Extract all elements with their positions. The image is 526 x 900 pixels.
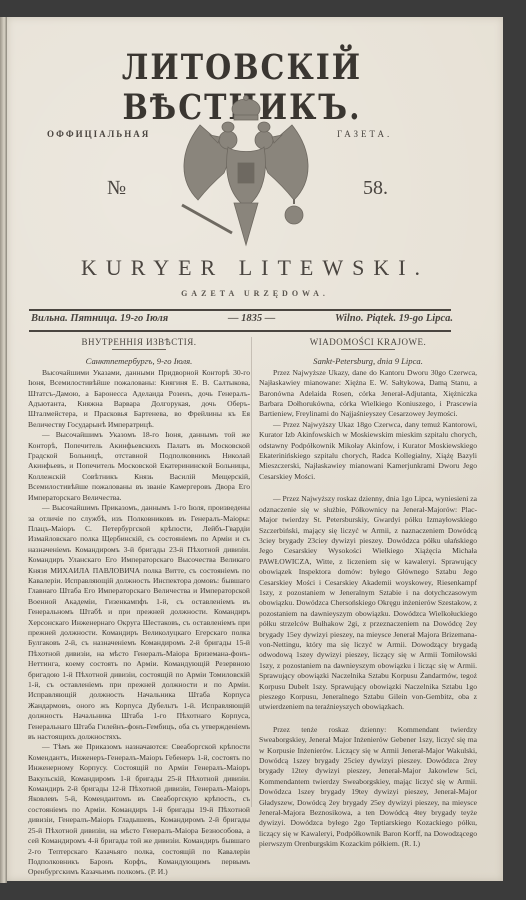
heading-rule (112, 349, 166, 350)
section-heading-russian: ВНУТРЕННІЯ ИЗВѢСТІЯ. (28, 337, 250, 347)
issue-number-label: № (107, 177, 126, 200)
masthead-rule-top (29, 309, 451, 311)
column-polish: WIADOMOŚCI KRAJOWE. Sankt-Petersburg, dn… (259, 337, 477, 850)
issue-dateline: Вильна. Пятница. 19-го Іюля — 1835 — Wil… (31, 313, 453, 324)
article-paragraph: — Тѣмъ же Приказомъ назначаются: Свеабор… (28, 742, 250, 877)
newspaper-page: ЛИТОВСКІЙ ВѢСТНИКЪ. ОФФИЦІАЛЬНАЯ ГАЗЕТА.… (7, 17, 503, 881)
masthead-subtitle-russian-right: ГАЗЕТА. (337, 129, 392, 139)
article-paragraph: Высочайшими Указами, данными Придворной … (28, 368, 250, 430)
column-russian: ВНУТРЕННІЯ ИЗВѢСТІЯ. Санктпетербургъ, 9-… (28, 337, 250, 878)
issue-number-value: 58. (363, 177, 388, 200)
article-paragraph: — Przez Najwyższy roskaz dzienny, dnia 1… (259, 494, 477, 713)
article-paragraph: Przez tenże roskaz dzienny: Kommendant t… (259, 725, 477, 850)
section-heading-polish: WIADOMOŚCI KRAJOWE. (259, 337, 477, 347)
article-paragraph: — Высочайшимъ Указомъ 18-го Іюня, данным… (28, 430, 250, 503)
article-paragraph: — Высочайшимъ Приказомъ, даннымъ 1-го Ію… (28, 503, 250, 742)
masthead-subtitle-russian-left: ОФФИЦІАЛЬНАЯ (47, 129, 150, 139)
dateline-russian: Вильна. Пятница. 19-го Іюля (31, 313, 168, 324)
article-paragraph: Przez Najwyższe Ukazy, dane do Kantoru D… (259, 368, 477, 420)
double-headed-eagle-icon (172, 95, 320, 255)
article-dateline-polish: Sankt-Petersburg, dnia 9 Lipca. (259, 356, 477, 366)
masthead-subtitle-polish: GAZETA URZĘDOWA. (7, 289, 503, 298)
column-divider (251, 337, 252, 807)
dateline-year: — 1835 — (228, 313, 275, 324)
masthead-rule-bottom (29, 330, 451, 332)
article-paragraph: — Przez Najwyższy Ukaz 18go Czerwca, dan… (259, 420, 477, 482)
masthead-title-polish: KURYER LITEWSKI. (7, 255, 503, 281)
page-binding-edge (0, 17, 7, 883)
heading-rule (341, 349, 395, 350)
dateline-polish: Wilno. Piątek. 19-go Lipca. (335, 313, 453, 324)
article-dateline-russian: Санктпетербургъ, 9-го Іюля. (28, 356, 250, 366)
